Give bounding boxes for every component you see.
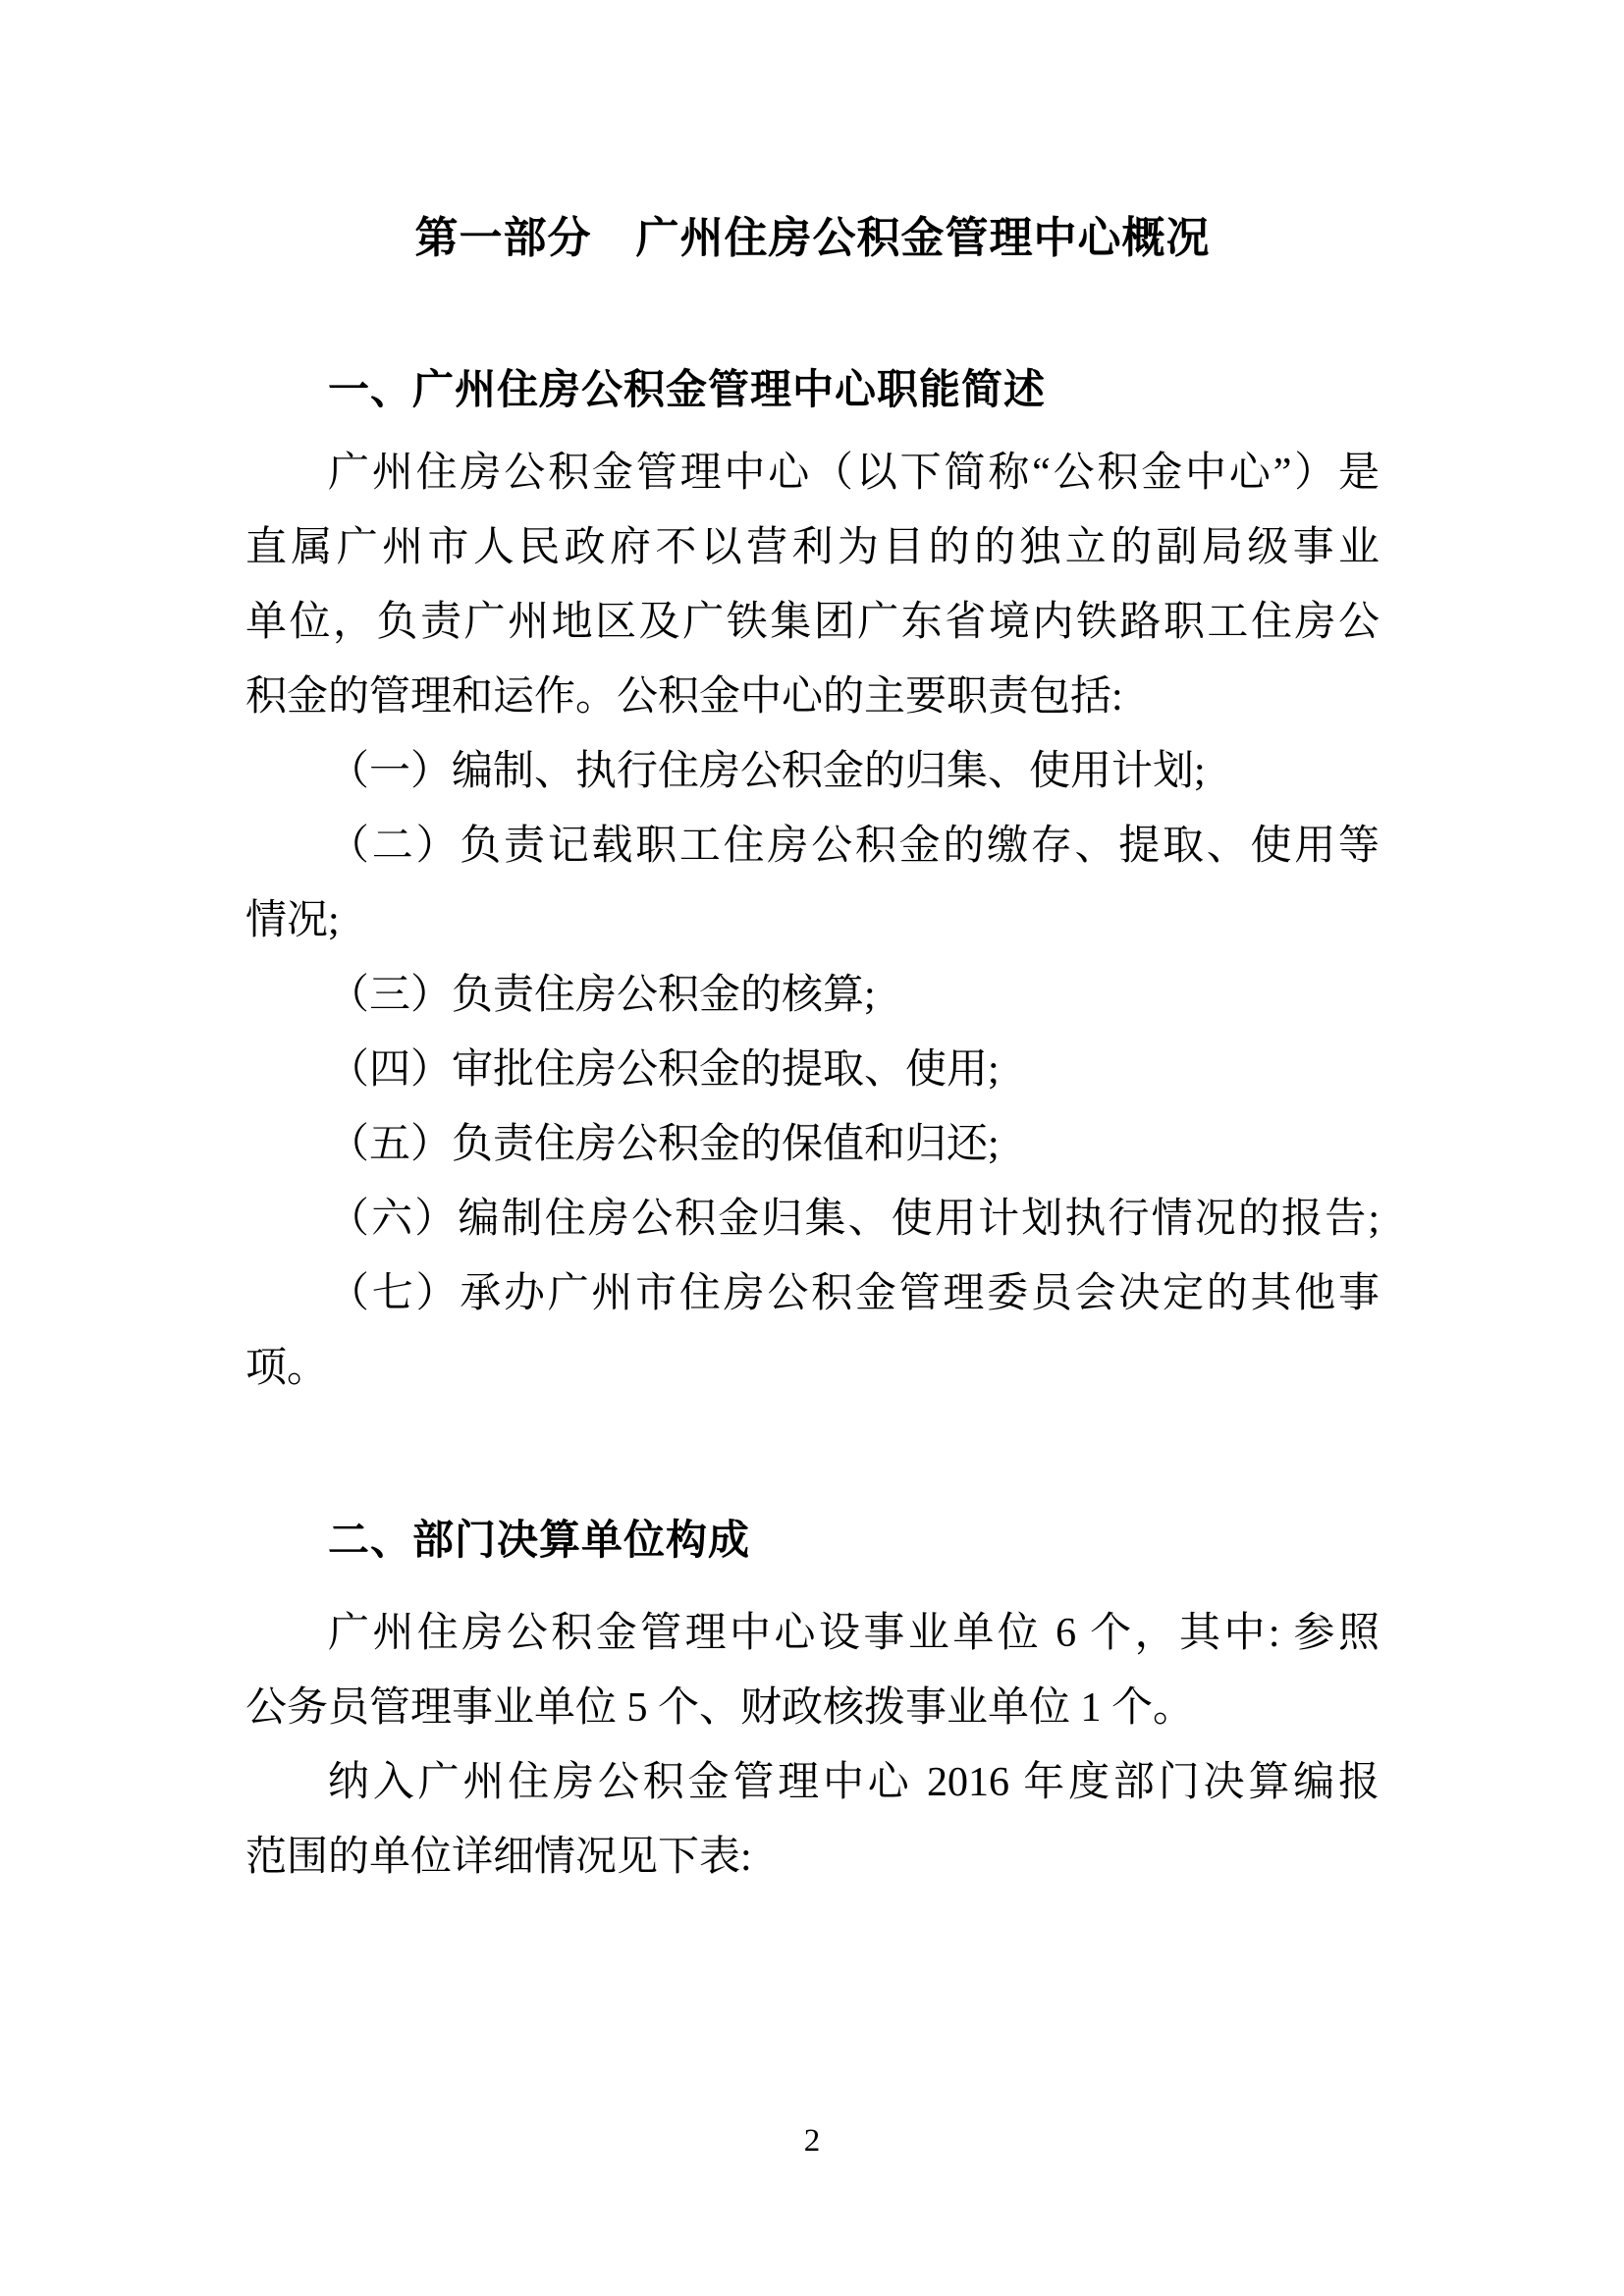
document-page: 第一部分 广州住房公积金管理中心概况 一、广州住房公积金管理中心职能简述 广州住… — [0, 0, 1624, 2296]
list-item: （四）审批住房公积金的提取、使用; — [245, 1033, 1380, 1107]
part-title: 第一部分 广州住房公积金管理中心概况 — [245, 201, 1380, 276]
list-item: （六）编制住房公积金归集、使用计划执行情况的报告; — [245, 1182, 1380, 1256]
body-line: 广州住房公积金管理中心设事业单位 6 个，其中: 参照 — [245, 1596, 1380, 1671]
body-line: 项。 — [245, 1331, 1380, 1406]
section2-heading: 二、部门决算单位构成 — [245, 1504, 1380, 1578]
page-number: 2 — [0, 2120, 1624, 2162]
body-line: 纳入广州住房公积金管理中心 2016 年度部门决算编报 — [245, 1745, 1380, 1820]
body-line: 广州住房公积金管理中心（以下简称“公积金中心”）是 — [245, 436, 1380, 510]
list-item: （七）承办广州市住房公积金管理委员会决定的其他事 — [245, 1256, 1380, 1331]
body-line: 积金的管理和运作。公积金中心的主要职责包括: — [245, 660, 1380, 734]
list-item: （三）负责住房公积金的核算; — [245, 958, 1380, 1033]
list-item: （一）编制、执行住房公积金的归集、使用计划; — [245, 734, 1380, 809]
list-item: （五）负责住房公积金的保值和归还; — [245, 1107, 1380, 1182]
section1-heading: 一、广州住房公积金管理中心职能简述 — [245, 353, 1380, 428]
body-line: 公务员管理事业单位 5 个、财政核拨事业单位 1 个。 — [245, 1671, 1380, 1745]
body-line: 单位，负责广州地区及广铁集团广东省境内铁路职工住房公 — [245, 585, 1380, 660]
body-line: 直属广州市人民政府不以营利为目的的独立的副局级事业 — [245, 510, 1380, 585]
body-line: 情况; — [245, 883, 1380, 958]
body-line: 范围的单位详细情况见下表: — [245, 1820, 1380, 1895]
list-item: （二）负责记载职工住房公积金的缴存、提取、使用等 — [245, 809, 1380, 883]
page-content: 第一部分 广州住房公积金管理中心概况 一、广州住房公积金管理中心职能简述 广州住… — [245, 0, 1380, 1895]
